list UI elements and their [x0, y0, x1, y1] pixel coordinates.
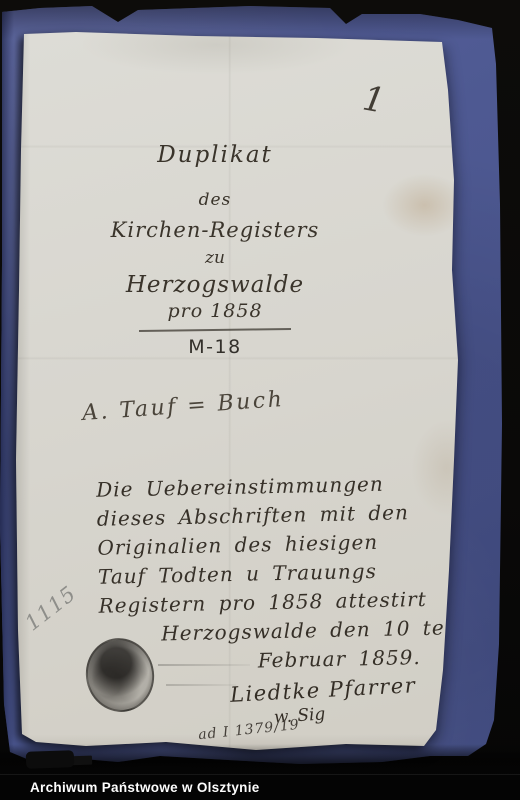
title-line: pro 1858 [80, 300, 350, 322]
title-line: Kirchen-Registers [80, 218, 350, 242]
manuscript-page: 1 Duplikat des Kirchen-Registers zu Herz… [16, 30, 460, 760]
paper-wrap: 1 Duplikat des Kirchen-Registers zu Herz… [0, 0, 520, 800]
archive-name-label: Archiwum Państwowe w Olsztynie [0, 775, 520, 800]
title-line: Duplikat [80, 142, 350, 168]
title-block: Duplikat des Kirchen-Registers zu Herzog… [80, 142, 350, 358]
registry-note: ad I 1379/19 [197, 717, 300, 744]
attestation-paragraph: Die Uebereinstimmungen dieses Abschrifte… [96, 468, 460, 678]
photo-floor-shadow [0, 744, 520, 776]
title-divider [139, 328, 291, 332]
section-heading: A. Tauf = Buch [81, 387, 285, 426]
page-number: 1 [360, 78, 388, 121]
archive-caption-bar: Archiwum Państwowe w Olsztynie [0, 774, 520, 800]
ink-smear [166, 684, 236, 686]
title-line: zu [80, 248, 350, 268]
signature-name: Liedtke Pfarrer [229, 673, 416, 707]
book-clamp [26, 750, 75, 769]
title-line: Herzogswalde [80, 272, 350, 298]
archival-photo: 1 Duplikat des Kirchen-Registers zu Herz… [0, 0, 520, 800]
shelfmark: M-18 [80, 336, 350, 358]
pencil-note: 1115 [21, 581, 81, 635]
title-line: des [80, 190, 350, 210]
ink-smear [158, 664, 250, 666]
